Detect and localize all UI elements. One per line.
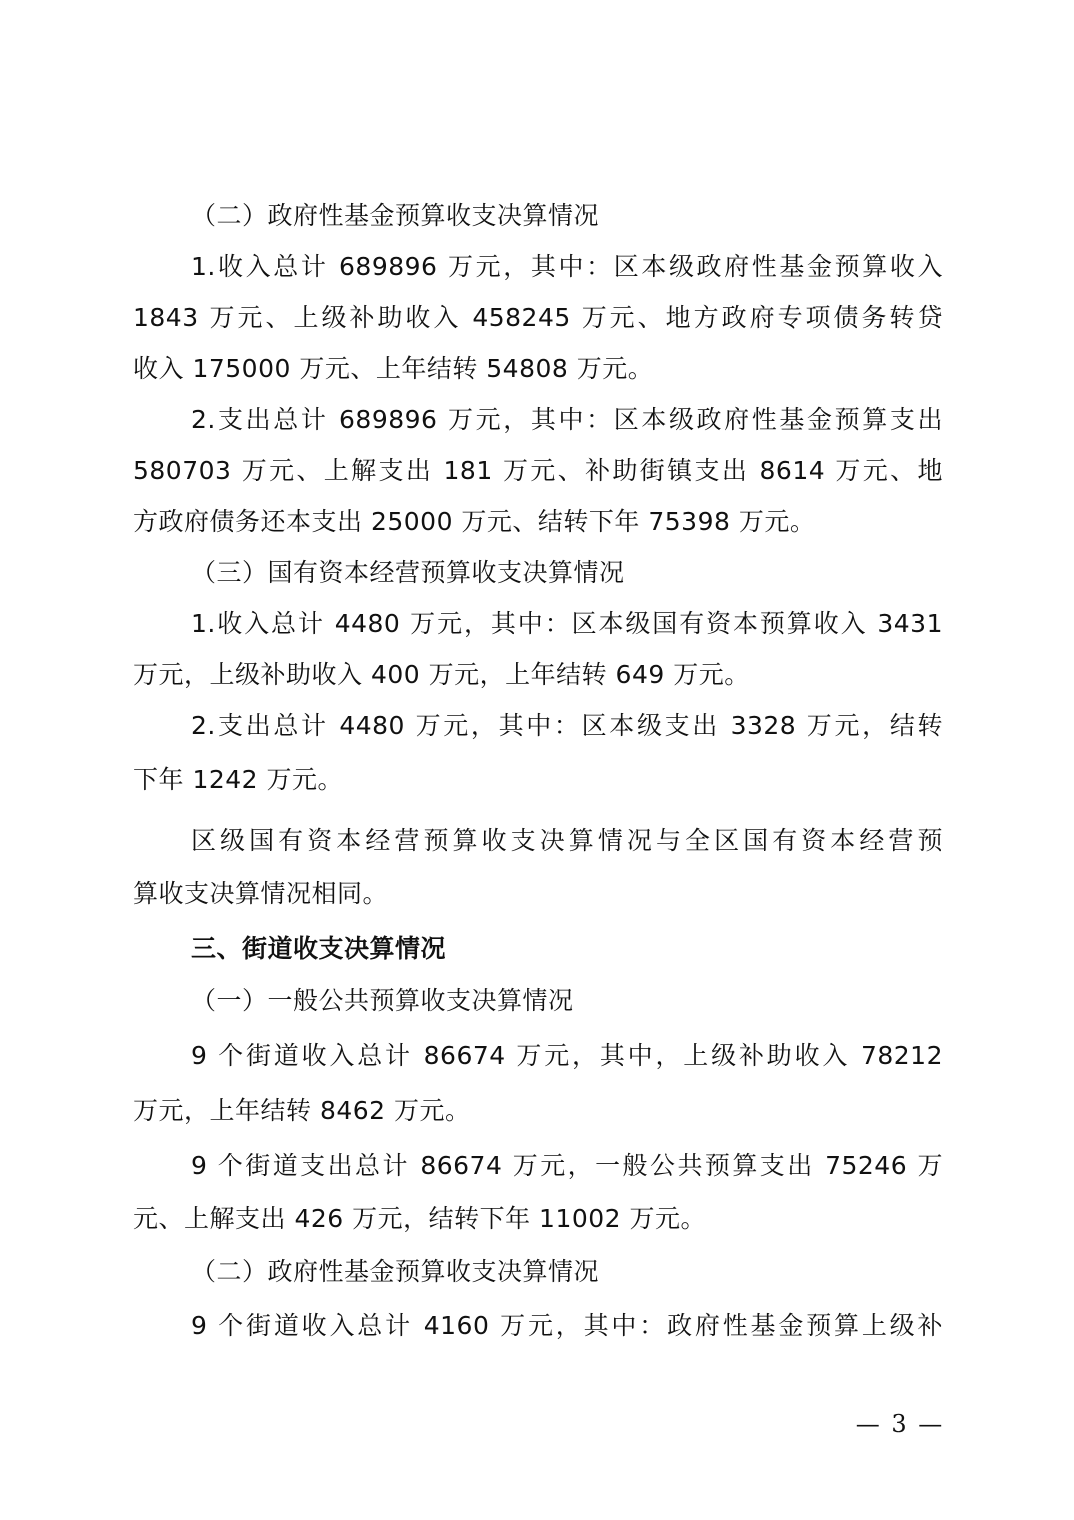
paragraph-line: 算收支决算情况相同。 — [133, 868, 388, 919]
section-heading-state-capital: （三）国有资本经营预算收支决算情况 — [191, 547, 625, 598]
section-heading-street-budget: 三、街道收支决算情况 — [191, 923, 446, 974]
paragraph-line: 方政府债务还本支出 25000 万元、结转下年 75398 万元。 — [133, 496, 815, 547]
paragraph-line: 元、上解支出 426 万元，结转下年 11002 万元。 — [133, 1193, 706, 1244]
paragraph-line: 万元，上级补助收入 400 万元，上年结转 649 万元。 — [133, 649, 750, 700]
section-heading-general-public: （一）一般公共预算收支决算情况 — [191, 975, 574, 1026]
paragraph-line: 1.收入总计 689896 万元，其中：区本级政府性基金预算收入 — [191, 241, 943, 292]
page-number: — 3 — — [855, 1410, 945, 1438]
paragraph-line: 下年 1242 万元。 — [133, 754, 343, 805]
paragraph-line: 9 个街道支出总计 86674 万元，一般公共预算支出 75246 万 — [191, 1140, 943, 1191]
paragraph-line: 区级国有资本经营预算收支决算情况与全区国有资本经营预 — [191, 815, 943, 866]
section-heading-street-govt-fund: （二）政府性基金预算收支决算情况 — [191, 1246, 599, 1297]
paragraph-line: 9 个街道收入总计 86674 万元，其中，上级补助收入 78212 — [191, 1030, 943, 1081]
paragraph-line: 万元，上年结转 8462 万元。 — [133, 1085, 471, 1136]
paragraph-line: 580703 万元、上解支出 181 万元、补助街镇支出 8614 万元、地 — [133, 445, 943, 496]
paragraph-line: 9 个街道收入总计 4160 万元，其中：政府性基金预算上级补 — [191, 1300, 943, 1351]
paragraph-line: 2.支出总计 689896 万元，其中：区本级政府性基金预算支出 — [191, 394, 943, 445]
paragraph-line: 收入 175000 万元、上年结转 54808 万元。 — [133, 343, 653, 394]
section-heading-govt-fund: （二）政府性基金预算收支决算情况 — [191, 190, 599, 241]
paragraph-line: 1.收入总计 4480 万元，其中：区本级国有资本预算收入 3431 — [191, 598, 943, 649]
paragraph-line: 1843 万元、上级补助收入 458245 万元、地方政府专项债务转贷 — [133, 292, 943, 343]
paragraph-line: 2.支出总计 4480 万元，其中：区本级支出 3328 万元，结转 — [191, 700, 943, 751]
